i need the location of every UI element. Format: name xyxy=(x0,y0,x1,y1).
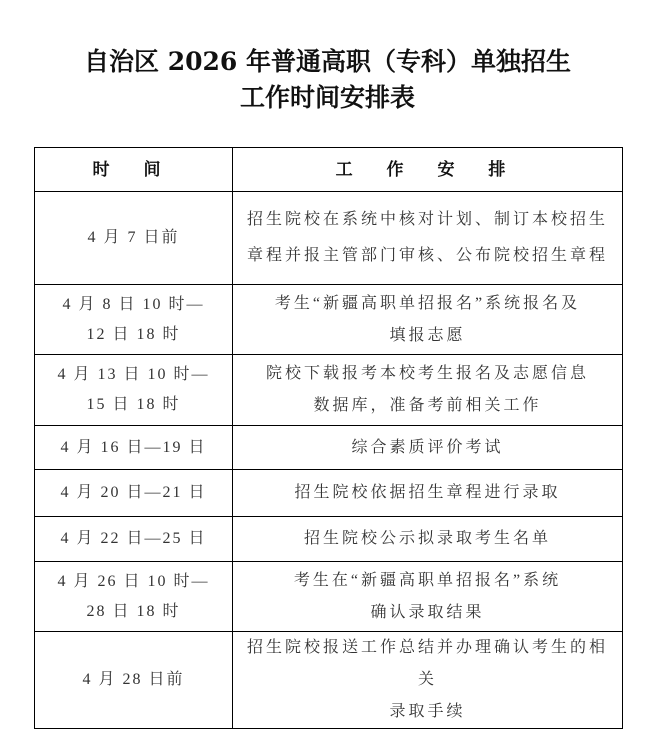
task-line: 综合素质评价考试 xyxy=(239,431,616,465)
time-cell: 4 月 22 日—25 日 xyxy=(35,517,233,562)
task-line: 招生院校依据招生章程进行录取 xyxy=(239,476,616,510)
task-line: 招生院校报送工作总结并办理确认考生的相关 xyxy=(239,632,616,696)
task-cell: 招生院校依据招生章程进行录取 xyxy=(233,470,623,517)
time-line: 4 月 28 日前 xyxy=(41,663,226,697)
title-line-1: 自治区 2026 年普通高职（专科）单独招生 xyxy=(0,44,655,80)
time-line: 28 日 18 时 xyxy=(41,597,226,627)
task-line: 考生“新疆高职单招报名”系统报名及 xyxy=(239,288,616,320)
task-cell: 招生院校报送工作总结并办理确认考生的相关录取手续 xyxy=(233,632,623,729)
table-row: 4 月 16 日—19 日综合素质评价考试 xyxy=(35,426,623,470)
title-line-2: 工作时间安排表 xyxy=(0,80,655,116)
time-line: 15 日 18 时 xyxy=(41,390,226,420)
task-cell: 考生在“新疆高职单招报名”系统确认录取结果 xyxy=(233,562,623,632)
time-cell: 4 月 13 日 10 时—15 日 18 时 xyxy=(35,355,233,426)
task-line: 招生院校公示拟录取考生名单 xyxy=(239,522,616,556)
table-header-row: 时 间 工 作 安 排 xyxy=(35,148,623,192)
task-line: 院校下载报考本校考生报名及志愿信息 xyxy=(239,358,616,390)
time-cell: 4 月 20 日—21 日 xyxy=(35,470,233,517)
time-line: 4 月 26 日 10 时— xyxy=(41,567,226,597)
time-line: 12 日 18 时 xyxy=(41,320,226,350)
task-cell: 综合素质评价考试 xyxy=(233,426,623,470)
header-time: 时 间 xyxy=(35,148,233,192)
task-cell: 招生院校在系统中核对计划、制订本校招生章程并报主管部门审核、公布院校招生章程 xyxy=(233,192,623,285)
task-line: 考生在“新疆高职单招报名”系统 xyxy=(239,565,616,597)
task-cell: 招生院校公示拟录取考生名单 xyxy=(233,517,623,562)
task-cell: 考生“新疆高职单招报名”系统报名及填报志愿 xyxy=(233,285,623,355)
time-cell: 4 月 16 日—19 日 xyxy=(35,426,233,470)
task-line: 确认录取结果 xyxy=(239,597,616,629)
task-line: 录取手续 xyxy=(239,696,616,728)
task-cell: 院校下载报考本校考生报名及志愿信息数据库，准备考前相关工作 xyxy=(233,355,623,426)
schedule-table: 时 间 工 作 安 排 4 月 7 日前招生院校在系统中核对计划、制订本校招生章… xyxy=(34,147,623,729)
task-line: 填报志愿 xyxy=(239,320,616,352)
header-work-arrangement: 工 作 安 排 xyxy=(233,148,623,192)
table-row: 4 月 20 日—21 日招生院校依据招生章程进行录取 xyxy=(35,470,623,517)
time-cell: 4 月 26 日 10 时—28 日 18 时 xyxy=(35,562,233,632)
time-line: 4 月 13 日 10 时— xyxy=(41,360,226,390)
table-row: 4 月 26 日 10 时—28 日 18 时考生在“新疆高职单招报名”系统确认… xyxy=(35,562,623,632)
time-line: 4 月 16 日—19 日 xyxy=(41,431,226,465)
time-cell: 4 月 8 日 10 时—12 日 18 时 xyxy=(35,285,233,355)
table-row: 4 月 28 日前招生院校报送工作总结并办理确认考生的相关录取手续 xyxy=(35,632,623,729)
time-cell: 4 月 28 日前 xyxy=(35,632,233,729)
task-line: 章程并报主管部门审核、公布院校招生章程 xyxy=(239,238,616,274)
table-row: 4 月 7 日前招生院校在系统中核对计划、制订本校招生章程并报主管部门审核、公布… xyxy=(35,192,623,285)
document-title: 自治区 2026 年普通高职（专科）单独招生 工作时间安排表 xyxy=(0,44,655,116)
time-line: 4 月 7 日前 xyxy=(41,221,226,255)
table-row: 4 月 13 日 10 时—15 日 18 时院校下载报考本校考生报名及志愿信息… xyxy=(35,355,623,426)
time-line: 4 月 8 日 10 时— xyxy=(41,290,226,320)
task-line: 数据库，准备考前相关工作 xyxy=(239,390,616,422)
table-row: 4 月 22 日—25 日招生院校公示拟录取考生名单 xyxy=(35,517,623,562)
task-line: 招生院校在系统中核对计划、制订本校招生 xyxy=(239,202,616,238)
time-line: 4 月 22 日—25 日 xyxy=(41,522,226,556)
time-cell: 4 月 7 日前 xyxy=(35,192,233,285)
table-row: 4 月 8 日 10 时—12 日 18 时考生“新疆高职单招报名”系统报名及填… xyxy=(35,285,623,355)
time-line: 4 月 20 日—21 日 xyxy=(41,476,226,510)
